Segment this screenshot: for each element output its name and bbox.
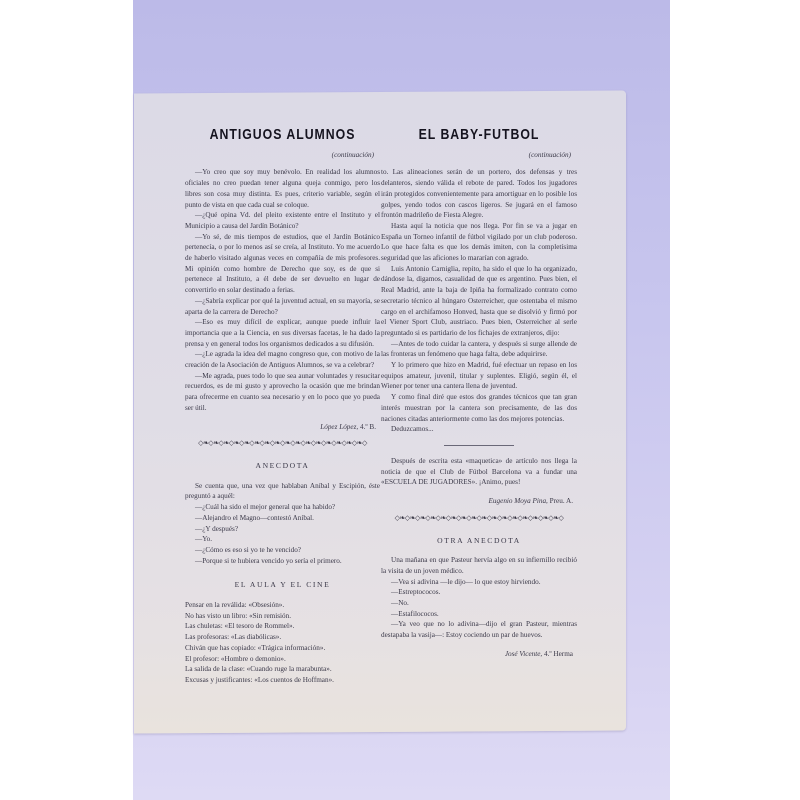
author-signature: Eugenio Moya Pina, Preu. A. xyxy=(381,496,573,507)
dialogue-line: —Yo. xyxy=(185,534,380,545)
dialogue-line: —Alejandro el Magno—contestó Aníbal. xyxy=(185,513,380,524)
short-rule-divider xyxy=(444,445,514,446)
author-signature: López López, 4.º B. xyxy=(185,422,376,433)
list-item: No has visto un libro: «Sin remisión. xyxy=(185,611,380,622)
dialogue-line: —No. xyxy=(381,598,577,609)
aula-cine-list: Pensar en la reválida: «Obsesión». No ha… xyxy=(185,600,380,686)
paragraph: Se cuenta que, una vez que hablaban Aníb… xyxy=(185,481,380,502)
article-title-antiguos-alumnos: ANTIGUOS ALUMNOS xyxy=(203,130,363,141)
author-name: Eugenio Moya Pina, xyxy=(489,497,548,505)
section-title-anecdota: ANECDOTA xyxy=(185,461,380,472)
paragraph: —¿Qué opina Vd. del pleito existente ent… xyxy=(185,210,380,231)
dialogue-line: —Estafilococos. xyxy=(381,609,577,620)
dialogue-line: —¿Y después? xyxy=(185,524,380,535)
article-title-baby-futbol: EL BABY-FUTBOL xyxy=(399,130,560,141)
paragraph: Y lo primero que hizo en Madrid, fué efe… xyxy=(381,360,577,392)
right-column: EL BABY-FUTBOL (continuación) to. Las al… xyxy=(381,130,577,666)
author-name: López López, xyxy=(320,423,358,431)
author-course: 4.º B. xyxy=(360,423,376,431)
paragraph: Una mañana en que Pasteur hervía algo en… xyxy=(381,555,577,576)
paragraph: Y como final diré que estos dos grandes … xyxy=(381,392,577,424)
author-name: José Vicente, xyxy=(505,650,542,658)
paragraph: —¿Le agrada la idea del magno congreso q… xyxy=(185,349,380,370)
paragraph: —¿Sabría explicar por qué la juventud ac… xyxy=(185,296,380,317)
continuation-label: (continuación) xyxy=(185,150,374,161)
author-course: 4.º Herma xyxy=(544,650,573,658)
anecdote-body: Se cuenta que, una vez que hablaban Aníb… xyxy=(185,481,380,567)
continuation-label: (continuación) xyxy=(381,150,571,161)
paragraph: —Yo creo que soy muy benévolo. En realid… xyxy=(185,167,380,210)
dialogue-line: —¿Cuál ha sido el mejor general que ha h… xyxy=(185,502,380,513)
interview-body: —Yo creo que soy muy benévolo. En realid… xyxy=(185,167,380,413)
paragraph: to. Las alineaciones serán de un portero… xyxy=(381,167,577,221)
dialogue-line: —Ya veo que no lo adivina—dijo el gran P… xyxy=(381,619,577,640)
paragraph: Luis Antonio Carniglia, repito, ha sido … xyxy=(381,264,577,339)
list-item: Las chuletas: «El tesoro de Rommel». xyxy=(185,621,380,632)
list-item: La salida de la clase: «Cuando ruge la m… xyxy=(185,664,380,675)
list-item: Excusas y justificantes: «Los cuentos de… xyxy=(185,675,380,686)
ornamental-divider: ◇❧◇❧◇❧◇❧◇❧◇❧◇❧◇❧◇❧◇❧◇❧◇❧◇❧◇❧◇❧◇❧◇ xyxy=(381,513,577,524)
list-item: Pensar en la reválida: «Obsesión». xyxy=(185,600,380,611)
paragraph: —Yo sé, de mis tiempos de estudios, que … xyxy=(185,232,380,296)
paragraph: Hasta aquí la noticia que nos llega. Por… xyxy=(381,221,577,264)
list-item: El profesor: «Hombre o demonio». xyxy=(185,654,380,665)
section-title-aula-cine: EL AULA Y EL CINE xyxy=(185,580,380,591)
paragraph: —Me agrada, pues todo lo que sea aunar v… xyxy=(185,371,380,414)
paragraph: —Eso es muy difícil de explicar, aunque … xyxy=(185,317,380,349)
other-anecdote-body: Una mañana en que Pasteur hervía algo en… xyxy=(381,555,577,641)
list-item: Chiván que has copiado: «Trágica informa… xyxy=(185,643,380,654)
list-item: Las profesoras: «Las diabólicas». xyxy=(185,632,380,643)
author-course: Preu. A. xyxy=(550,497,573,505)
section-title-otra-anecdota: OTRA ANECDOTA xyxy=(381,536,577,547)
dialogue-line: —Estreptococos. xyxy=(381,587,577,598)
dialogue-line: —Vea si adivina —le dijo— lo que estoy h… xyxy=(381,577,577,588)
ornamental-divider: ◇❧◇❧◇❧◇❧◇❧◇❧◇❧◇❧◇❧◇❧◇❧◇❧◇❧◇❧◇❧◇❧◇ xyxy=(185,438,380,449)
dialogue-line: —¿Cómo es eso si yo te he vencido? xyxy=(185,545,380,556)
left-column: ANTIGUOS ALUMNOS (continuación) —Yo creo… xyxy=(185,130,380,686)
paragraph: —Antes de todo cuidar la cantera, y desp… xyxy=(381,339,577,360)
paragraph: Deduzcamos... xyxy=(381,424,577,435)
dialogue-line: —Porque si te hubiera vencido yo sería e… xyxy=(185,556,380,567)
postscript: Después de escrita esta «maquetica» de a… xyxy=(381,456,577,488)
author-signature: José Vicente, 4.º Herma xyxy=(381,649,573,660)
article-body: to. Las alineaciones serán de un portero… xyxy=(381,167,577,435)
